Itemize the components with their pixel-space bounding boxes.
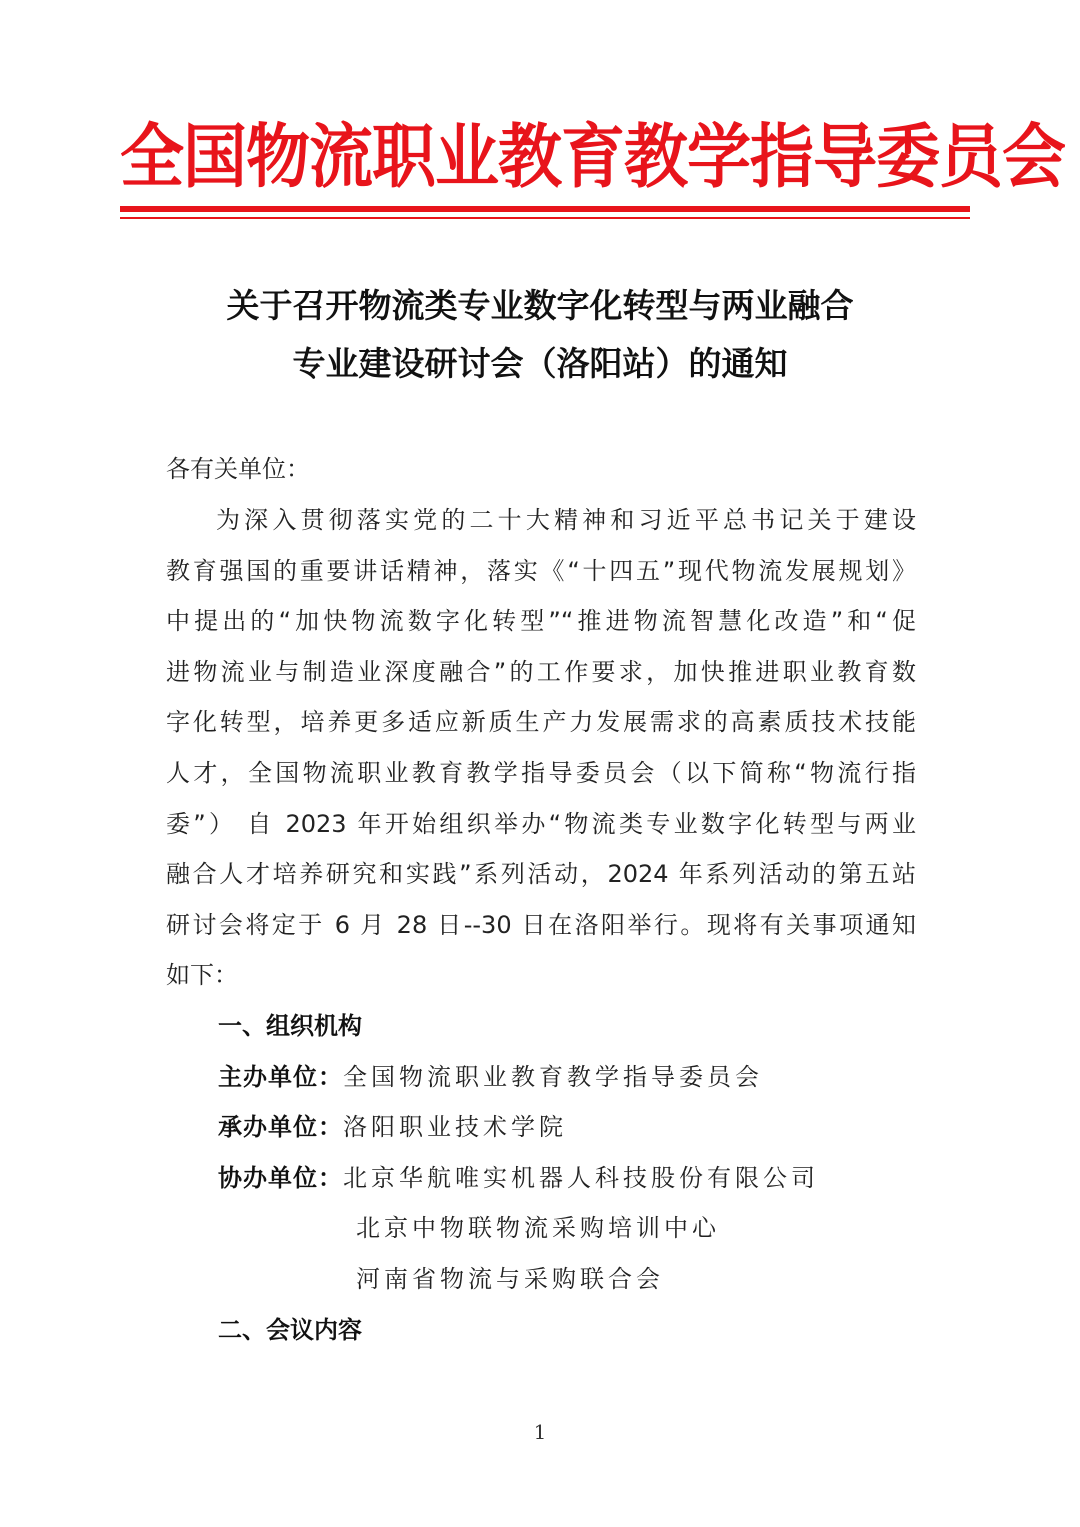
paragraph-line: 为深入贯彻落实党的二十大精神和习近平总书记关于建设	[216, 505, 916, 535]
paragraph-line: 融合人才培养研究和实践”系列活动，2024 年系列活动的第五站	[166, 859, 916, 889]
paragraph-line: 进物流业与制造业深度融合”的工作要求，加快推进职业教育数	[166, 657, 916, 687]
organizer-co-organizer-value-3: 河南省物流与采购联合会	[356, 1264, 664, 1294]
document-title-line-1: 关于召开物流类专业数字化转型与两业融合	[100, 280, 980, 327]
organizer-undertaker: 承办单位：洛阳职业技术学院	[218, 1112, 567, 1142]
page-number: 1	[0, 1420, 1080, 1444]
organizer-host-label: 主办单位：	[218, 1063, 343, 1091]
salutation: 各有关单位：	[166, 454, 916, 484]
organizer-co-organizer-label: 协办单位：	[218, 1164, 343, 1192]
paragraph-line: 如下：	[166, 960, 916, 990]
organizer-host: 主办单位：全国物流职业教育教学指导委员会	[218, 1062, 763, 1092]
letterhead-rule-thick	[120, 206, 970, 212]
organizer-co-organizer-value-2: 北京中物联物流采购培训中心	[356, 1213, 720, 1243]
paragraph-line: 中提出的“加快物流数字化转型”“推进物流智慧化改造”和“促	[166, 606, 916, 636]
paragraph-line: 字化转型，培养更多适应新质生产力发展需求的高素质技术技能	[166, 707, 916, 737]
paragraph-line: 教育强国的重要讲话精神，落实《“十四五”现代物流发展规划》	[166, 556, 916, 586]
letterhead-organization: 全国物流职业教育教学指导委员会	[120, 115, 970, 201]
organizer-undertaker-value: 洛阳职业技术学院	[343, 1113, 567, 1141]
paragraph-line: 人才，全国物流职业教育教学指导委员会（以下简称“物流行指	[166, 758, 916, 788]
organizer-co-organizer: 协办单位：北京华航唯实机器人科技股份有限公司	[218, 1163, 819, 1193]
document-title-line-2: 专业建设研讨会（洛阳站）的通知	[100, 338, 980, 385]
section-heading-organization: 一、组织机构	[218, 1011, 362, 1041]
paragraph-line: 委”） 自 2023 年开始组织举办“物流类专业数字化转型与两业	[166, 809, 916, 839]
letterhead-rule-thin	[120, 217, 970, 219]
section-heading-meeting-content: 二、会议内容	[218, 1315, 362, 1345]
organizer-host-value: 全国物流职业教育教学指导委员会	[343, 1063, 763, 1091]
organizer-undertaker-label: 承办单位：	[218, 1113, 343, 1141]
organizer-co-organizer-value-1: 北京华航唯实机器人科技股份有限公司	[343, 1164, 819, 1192]
paragraph-line: 研讨会将定于 6 月 28 日--30 日在洛阳举行。现将有关事项通知	[166, 910, 916, 940]
